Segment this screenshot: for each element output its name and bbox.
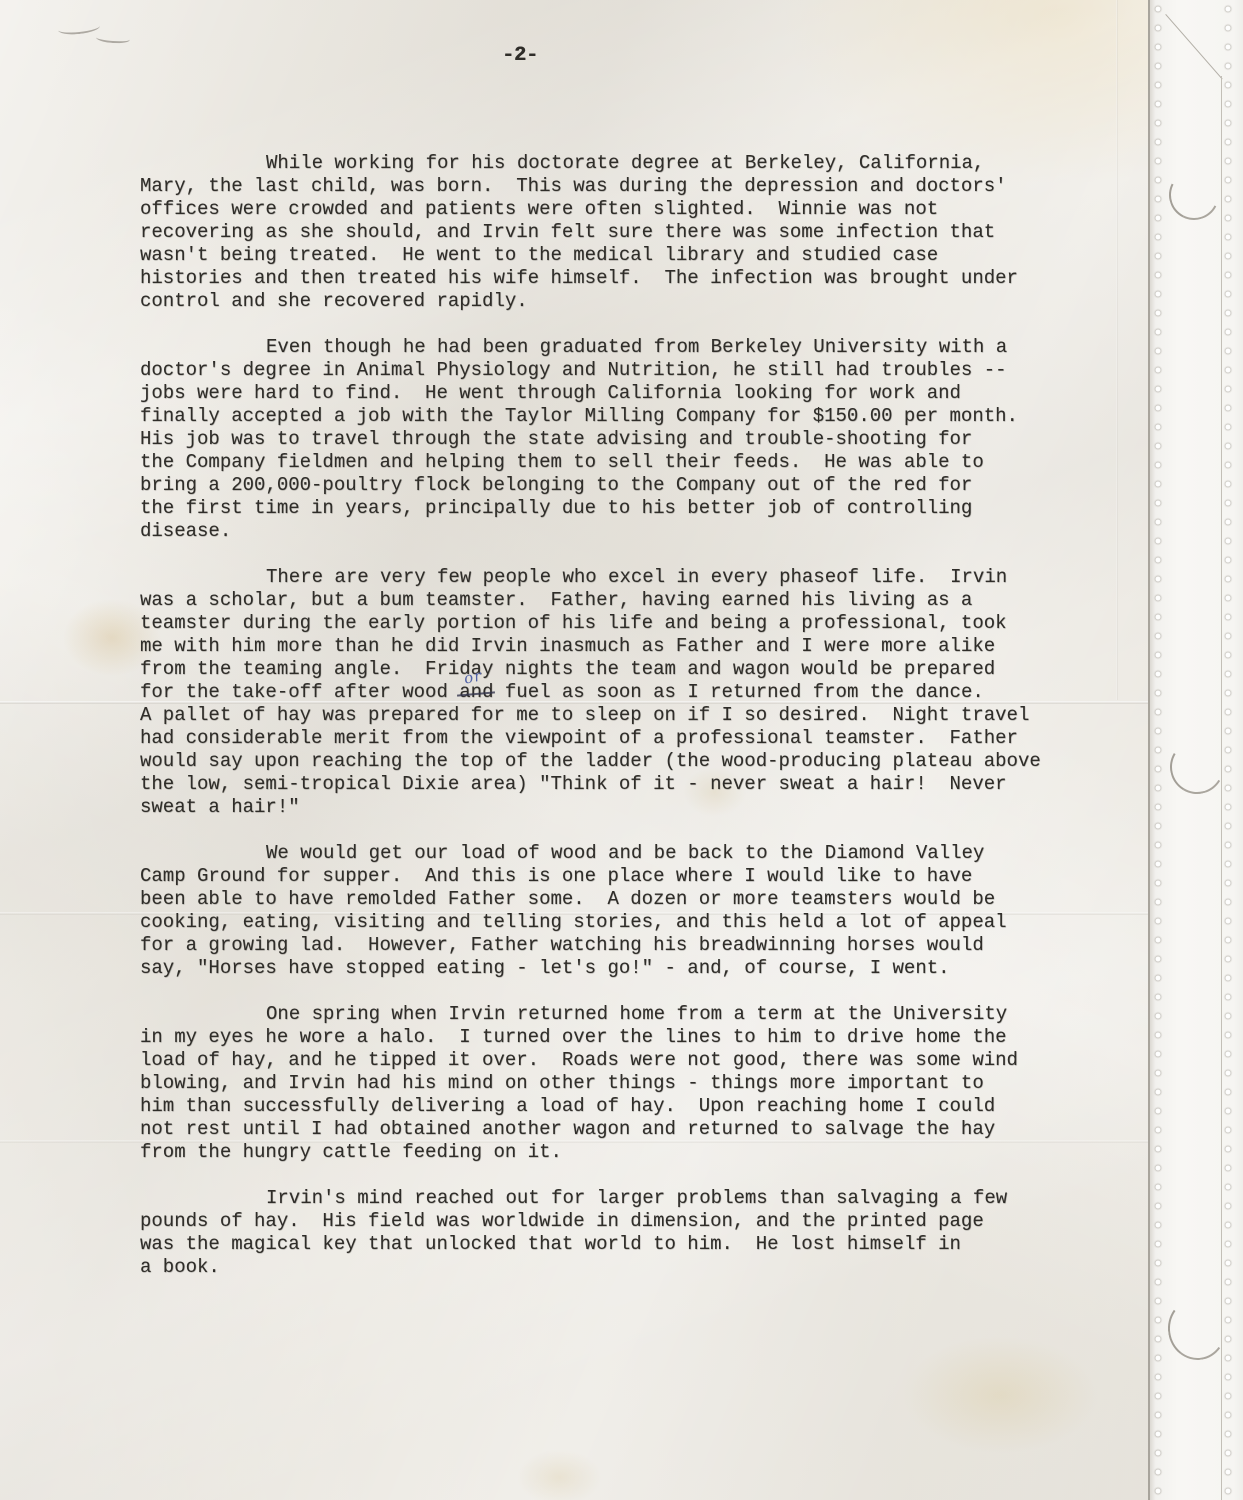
text-line: histories and then treated his wife hims… [140, 267, 1080, 290]
text-line: Irvin's mind reached out for larger prob… [140, 1187, 1080, 1210]
strikethrough-word: and [459, 681, 493, 703]
text-line: me with him more than he did Irvin inasm… [140, 635, 1080, 658]
text-line: There are very few people who excel in e… [140, 566, 1080, 589]
text-line: pounds of hay. His field was worldwide i… [140, 1210, 1080, 1233]
paper-edge-line [1148, 0, 1150, 1500]
text-line: finally accepted a job with the Taylor M… [140, 405, 1080, 428]
paragraph: While working for his doctorate degree a… [140, 152, 1080, 313]
text-line: His job was to travel through the state … [140, 428, 1080, 451]
text-line: the first time in years, principally due… [140, 497, 1080, 520]
text-line: the Company fieldmen and helping them to… [140, 451, 1080, 474]
scanned-document-page: -2- While working for his doctorate degr… [0, 0, 1243, 1500]
text-line: from the teaming angle. Friday nights th… [140, 658, 1080, 681]
text-line: disease. [140, 520, 1080, 543]
text-line: him than successfully delivering a load … [140, 1095, 1080, 1118]
text-line: from the hungry cattle feeding on it. [140, 1141, 1080, 1164]
text-line: load of hay, and he tipped it over. Road… [140, 1049, 1080, 1072]
text-line: was the magical key that unlocked that w… [140, 1233, 1080, 1256]
text-line: doctor's degree in Animal Physiology and… [140, 359, 1080, 382]
text-line: bring a 200,000-poultry flock belonging … [140, 474, 1080, 497]
text-line: for a growing lad. However, Father watch… [140, 934, 1080, 957]
pencil-mark [57, 20, 100, 36]
text-line: not rest until I had obtained another wa… [140, 1118, 1080, 1141]
text-line: had considerable merit from the viewpoin… [140, 727, 1080, 750]
paragraph: We would get our load of wood and be bac… [140, 842, 1080, 980]
text-line: wasn't being treated. He went to the med… [140, 244, 1080, 267]
pencil-mark [96, 33, 131, 44]
document-body: While working for his doctorate degree a… [140, 152, 1080, 1302]
text-line: blowing, and Irvin had his mind on other… [140, 1072, 1080, 1095]
text-line: jobs were hard to find. He went through … [140, 382, 1080, 405]
text-line: would say upon reaching the top of the l… [140, 750, 1080, 773]
text-line: Mary, the last child, was born. This was… [140, 175, 1080, 198]
text-line: A pallet of hay was prepared for me to s… [140, 704, 1080, 727]
text-line: One spring when Irvin returned home from… [140, 1003, 1080, 1026]
perforation-strip-right [1222, 0, 1234, 1500]
page-number: -2- [0, 44, 1040, 67]
text-line: teamster during the early portion of his… [140, 612, 1080, 635]
protector-edge-line [1221, 76, 1222, 1500]
text-line: recovering as she should, and Irvin felt… [140, 221, 1080, 244]
text-line: the low, semi-tropical Dixie area) "Thin… [140, 773, 1080, 796]
paragraph: Irvin's mind reached out for larger prob… [140, 1187, 1080, 1279]
text-line: say, "Horses have stopped eating - let's… [140, 957, 1080, 980]
text-line: Camp Ground for supper. And this is one … [140, 865, 1080, 888]
paragraph: Even though he had been graduated from B… [140, 336, 1080, 543]
fold-crease-vertical [1116, 0, 1118, 700]
paragraph: One spring when Irvin returned home from… [140, 1003, 1080, 1164]
text-line: control and she recovered rapidly. [140, 290, 1080, 313]
text-line: Even though he had been graduated from B… [140, 336, 1080, 359]
paragraph: There are very few people who excel in e… [140, 566, 1080, 819]
handwritten-correction: orand [459, 681, 493, 704]
text-line: offices were crowded and patients were o… [140, 198, 1080, 221]
perforation-strip-left [1152, 0, 1164, 1500]
text-line: We would get our load of wood and be bac… [140, 842, 1080, 865]
text-line: for the take-off after wood orand fuel a… [140, 681, 1080, 704]
text-line: a book. [140, 1256, 1080, 1279]
text-line: sweat a hair!" [140, 796, 1080, 819]
text-line: in my eyes he wore a halo. I turned over… [140, 1026, 1080, 1049]
text-line: was a scholar, but a bum teamster. Fathe… [140, 589, 1080, 612]
text-line: been able to have remolded Father some. … [140, 888, 1080, 911]
text-line: While working for his doctorate degree a… [140, 152, 1080, 175]
text-line: cooking, eating, visiting and telling st… [140, 911, 1080, 934]
